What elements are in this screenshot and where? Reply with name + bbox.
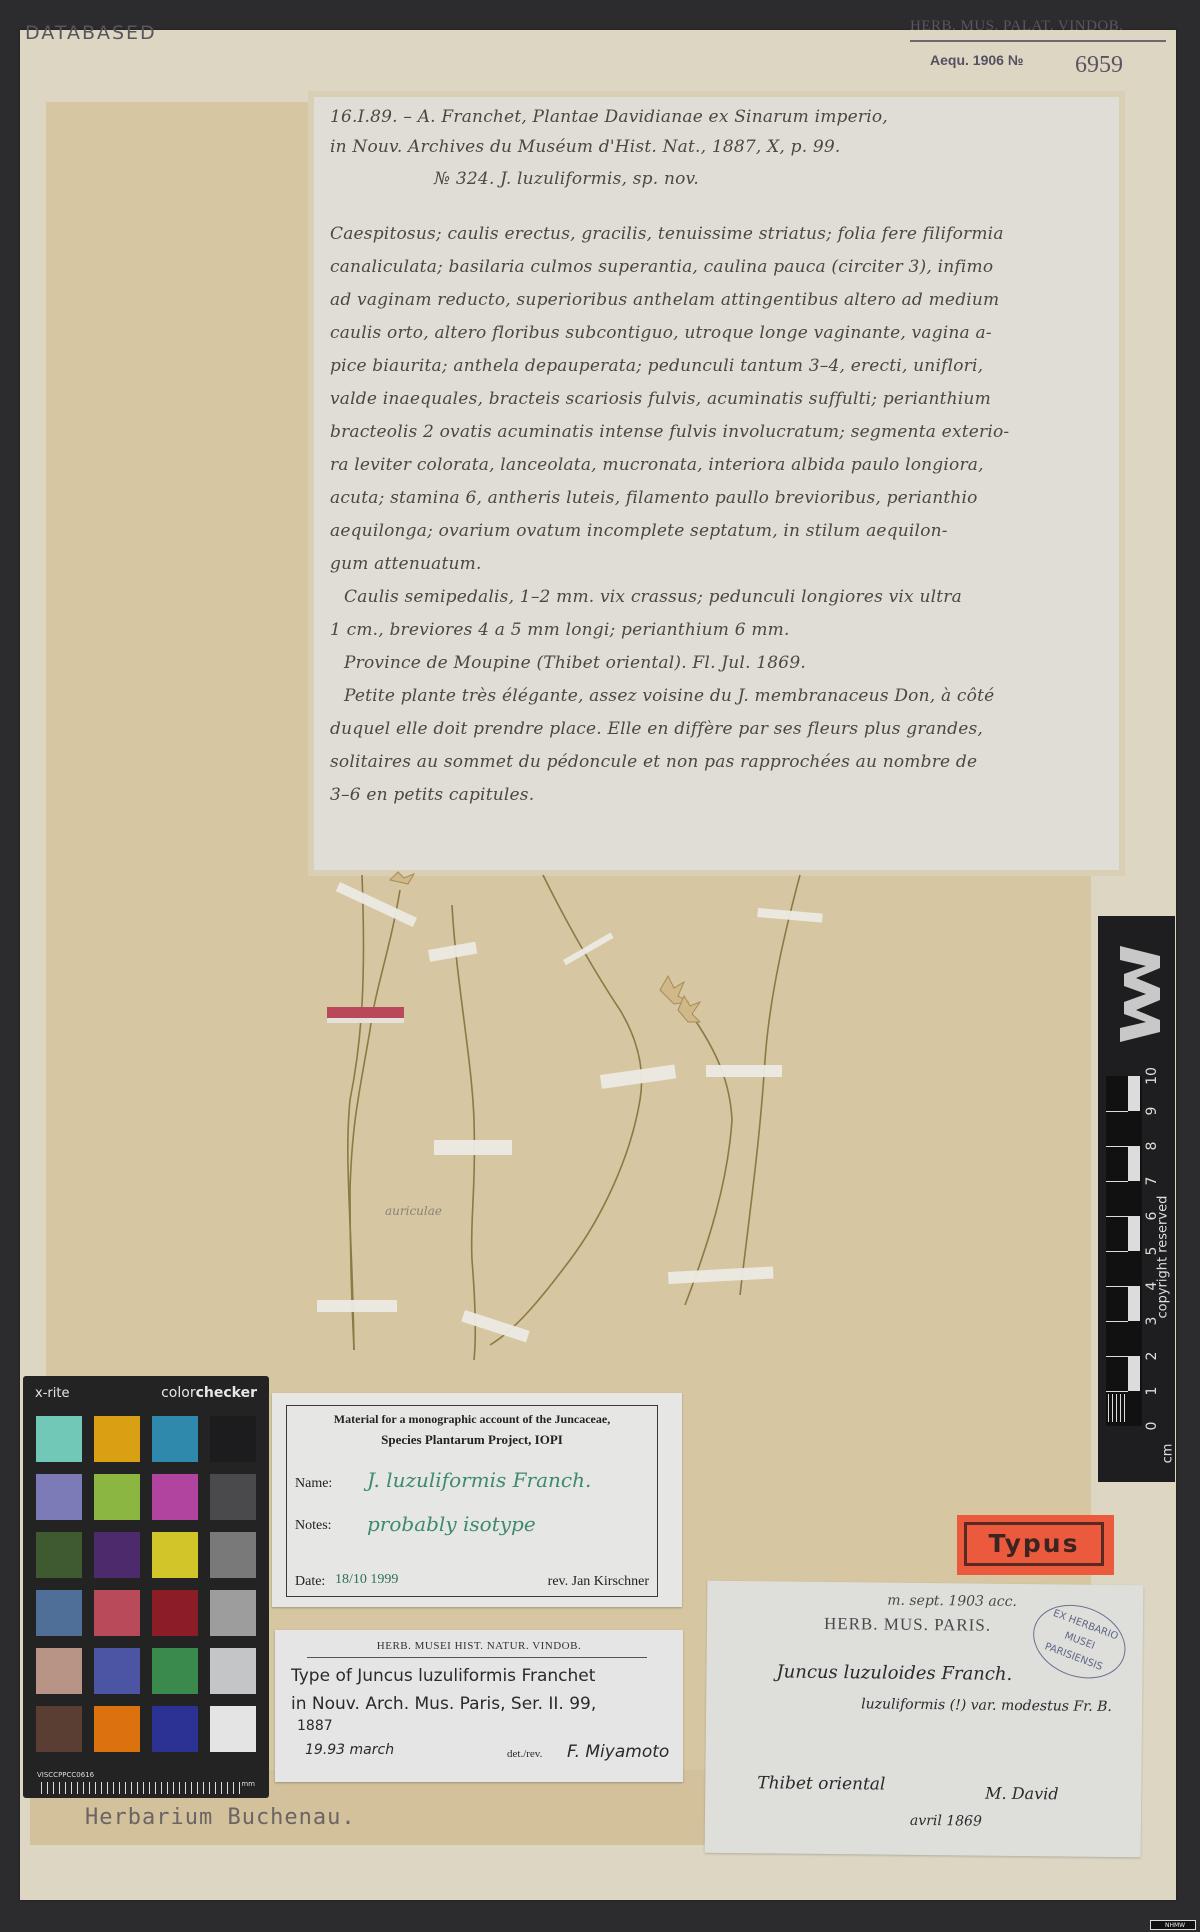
color-swatch	[152, 1532, 198, 1578]
colorchecker-card: x-rite colorchecker VISCCPPCC0616 mm	[23, 1376, 269, 1798]
notes-value: probably isotype	[367, 1512, 536, 1536]
scale-unit: cm	[1160, 1444, 1175, 1464]
description-line: 3–6 en petits capitules.	[330, 785, 534, 805]
color-swatch	[152, 1648, 198, 1694]
color-swatch	[94, 1590, 140, 1636]
title-bold: checker	[196, 1385, 257, 1401]
locality: Thibet oriental	[757, 1773, 885, 1794]
color-swatch	[94, 1706, 140, 1752]
color-swatch	[94, 1416, 140, 1462]
determiner: F. Miyamoto	[567, 1742, 669, 1762]
description-line: in Nouv. Archives du Muséum d'Hist. Nat.…	[330, 137, 841, 157]
description-line: № 324. J. luzuliformis, sp. nov.	[434, 169, 699, 189]
header-rule	[307, 1657, 647, 1658]
description-line: 16.I.89. – A. Franchet, Plantae Davidian…	[330, 107, 888, 127]
scale-tick-2: 2	[1144, 1346, 1160, 1366]
typus-text: Typus	[964, 1522, 1104, 1566]
taxon-name: Juncus luzuloides Franch.	[776, 1661, 1012, 1684]
specimen-annotation: auriculae	[385, 1204, 442, 1218]
color-swatch	[36, 1532, 82, 1578]
typus-label: Typus	[957, 1515, 1114, 1575]
description-line: canaliculata; basilaria culmos superanti…	[330, 257, 993, 277]
det-label: det./rev.	[507, 1748, 542, 1760]
color-swatch	[210, 1474, 256, 1520]
color-swatch	[94, 1474, 140, 1520]
color-swatch	[210, 1416, 256, 1462]
description-line: caulis orto, altero floribus subcontiguo…	[330, 323, 992, 343]
ruler-unit: mm	[241, 1780, 255, 1788]
plant-specimen	[300, 860, 860, 1360]
date-label: Date:	[295, 1574, 325, 1590]
description-line: ad vaginam reducto, superioribus anthela…	[330, 290, 999, 310]
color-swatch	[210, 1648, 256, 1694]
color-swatch	[152, 1474, 198, 1520]
color-swatch	[210, 1590, 256, 1636]
color-swatch	[210, 1706, 256, 1752]
name-value: J. luzuliformis Franch.	[367, 1468, 591, 1492]
color-swatch	[152, 1590, 198, 1636]
paris-herbarium-label: m. sept. 1903 acc. HERB. MUS. PARIS. EX …	[705, 1581, 1144, 1858]
description-line: solitaires au sommet du pédoncule et non…	[330, 752, 977, 772]
scale-tick-0: 0	[1144, 1416, 1160, 1436]
label-border: Material for a monographic account of th…	[286, 1405, 658, 1597]
scale-tick-1: 1	[1144, 1381, 1160, 1401]
label-title-line1: Material for a monographic account of th…	[287, 1412, 657, 1427]
herbarium-buchenau-stamp: Herbarium Buchenau.	[85, 1805, 356, 1830]
description-line: Province de Moupine (Thibet oriental). F…	[344, 653, 806, 673]
xrite-logo: x-rite	[35, 1386, 69, 1401]
species-description-label: 16.I.89. – A. Franchet, Plantae Davidian…	[308, 91, 1125, 876]
description-line: bracteolis 2 ovatis acuminatis intense f…	[330, 422, 1009, 442]
received-note: m. sept. 1903 acc.	[887, 1593, 1017, 1610]
color-swatch	[152, 1416, 198, 1462]
scale-bar: 10 9 8 7 6 5 4 3 2 1 0 copyright reserve…	[1098, 916, 1175, 1482]
description-line: Caulis semipedalis, 1–2 mm. vix crassus;…	[344, 587, 962, 607]
scale-tick-9: 9	[1144, 1101, 1160, 1121]
description-line: acuta; stamina 6, antheris luteis, filam…	[330, 488, 978, 508]
description-line: Caespitosus; caulis erectus, gracilis, t…	[330, 224, 1004, 244]
title-light: color	[161, 1385, 195, 1401]
mm-ruler	[41, 1782, 241, 1794]
color-swatch-grid	[36, 1416, 256, 1752]
card-code: VISCCPPCC0616	[37, 1771, 94, 1779]
color-swatch	[36, 1416, 82, 1462]
color-swatch	[36, 1590, 82, 1636]
color-swatch	[210, 1532, 256, 1578]
monograph-determination-label: Material for a monographic account of th…	[272, 1393, 682, 1607]
label-title-line2: Species Plantarum Project, IOPI	[287, 1432, 657, 1448]
acquisition-label: Aequ. 1906 №	[930, 52, 1023, 68]
color-swatch	[36, 1706, 82, 1752]
scale-tick-10: 10	[1144, 1066, 1160, 1086]
name-label: Name:	[295, 1476, 332, 1492]
cm-scale-ruler	[1106, 1076, 1142, 1426]
type-line-3: 1887	[297, 1718, 333, 1734]
color-swatch	[94, 1648, 140, 1694]
description-line: pice biaurita; anthela depauperata; pedu…	[330, 356, 983, 376]
notes-label: Notes:	[295, 1518, 332, 1534]
reviewer: rev. Jan Kirschner	[548, 1574, 649, 1590]
copyright-text: copyright reserved	[1156, 1149, 1171, 1319]
acquisition-number: 6959	[1075, 52, 1123, 79]
paris-header: HERB. MUS. PARIS.	[824, 1614, 991, 1636]
vindob-type-label: HERB. MUSEI HIST. NATUR. VINDOB. Type of…	[275, 1630, 683, 1782]
description-line: ra leviter colorata, lanceolata, mucrona…	[330, 455, 984, 475]
databased-stamp: DATABASED	[25, 22, 157, 44]
herbarium-vindob-stamp: HERB. MUS. PALAT. VINDOB.	[910, 18, 1124, 35]
vindob-label-header: HERB. MUSEI HIST. NATUR. VINDOB.	[275, 1640, 683, 1652]
stamp-underline	[910, 40, 1166, 42]
description-line: 1 cm., breviores 4 a 5 mm longi; periant…	[330, 620, 790, 640]
description-line: valde inaequales, bracteis scariosis ful…	[330, 389, 991, 409]
corner-logo: NHMW	[1150, 1920, 1196, 1930]
w-logo-icon	[1098, 916, 1175, 1056]
ex-herbario-stamp: EX HERBARIO MUSEI PARISIENSIS	[1023, 1592, 1137, 1691]
collection-date: avril 1869	[910, 1813, 982, 1830]
type-line-1: Type of Juncus luzuliformis Franchet	[291, 1666, 595, 1686]
description-line: Petite plante très élégante, assez voisi…	[344, 686, 994, 706]
color-swatch	[36, 1474, 82, 1520]
color-swatch	[152, 1706, 198, 1752]
color-swatch	[94, 1532, 140, 1578]
color-swatch	[36, 1648, 82, 1694]
collector: M. David	[985, 1784, 1059, 1804]
taxon-variety: luzuliformis (!) var. modestus Fr. B.	[861, 1696, 1112, 1715]
description-line: gum attenuatum.	[330, 554, 482, 574]
description-line: aequilonga; ovarium ovatum incomplete se…	[330, 521, 948, 541]
type-line-2: in Nouv. Arch. Mus. Paris, Ser. II. 99,	[291, 1694, 596, 1714]
description-line: duquel elle doit prendre place. Elle en …	[330, 719, 983, 739]
det-date: 19.93 march	[305, 1742, 394, 1758]
colorchecker-title: colorchecker	[161, 1385, 257, 1401]
date-value: 18/10 1999	[335, 1572, 398, 1588]
